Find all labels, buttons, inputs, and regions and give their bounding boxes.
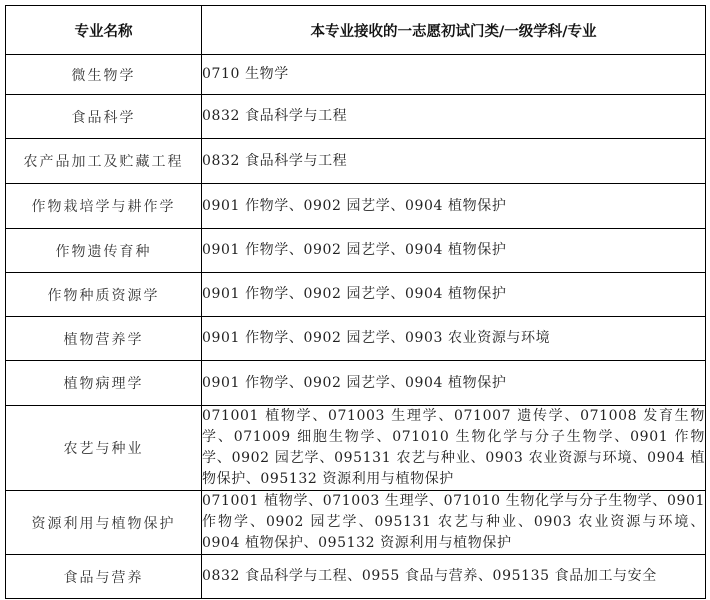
major-name-cell: 植物营养学 [6,317,202,361]
table-row: 作物种质资源学 0901 作物学、0902 园艺学、0904 植物保护 [6,273,706,317]
accepted-scope-cell: 0901 作物学、0902 园艺学、0903 农业资源与环境 [202,317,706,361]
header-accepted-first-choice: 本专业接收的一志愿初试门类/一级学科/专业 [202,6,706,55]
accepted-scope-cell: 0901 作物学、0902 园艺学、0904 植物保护 [202,361,706,406]
accepted-scope-cell: 0901 作物学、0902 园艺学、0904 植物保护 [202,229,706,273]
table-row: 植物病理学 0901 作物学、0902 园艺学、0904 植物保护 [6,361,706,406]
major-name-cell: 食品科学 [6,95,202,139]
major-name-cell: 植物病理学 [6,361,202,406]
table-row: 作物遗传育种 0901 作物学、0902 园艺学、0904 植物保护 [6,229,706,273]
accepted-scope-cell: 0710 生物学 [202,55,706,95]
table-row: 农产品加工及贮藏工程 0832 食品科学与工程 [6,139,706,184]
header-major-name: 专业名称 [6,6,202,55]
table-row: 微生物学 0710 生物学 [6,55,706,95]
majors-table: 专业名称 本专业接收的一志愿初试门类/一级学科/专业 微生物学 0710 生物学… [5,5,706,599]
accepted-scope-cell: 0901 作物学、0902 园艺学、0904 植物保护 [202,273,706,317]
table-row: 食品科学 0832 食品科学与工程 [6,95,706,139]
table-row: 资源利用与植物保护 071001 植物学、071003 生理学、071010 生… [6,491,706,555]
accepted-scope-cell: 0901 作物学、0902 园艺学、0904 植物保护 [202,184,706,229]
major-name-cell: 作物栽培学与耕作学 [6,184,202,229]
accepted-scope-cell: 071001 植物学、071003 生理学、071007 遗传学、071008 … [202,406,706,491]
table-row: 作物栽培学与耕作学 0901 作物学、0902 园艺学、0904 植物保护 [6,184,706,229]
accepted-scope-cell: 0832 食品科学与工程、0955 食品与营养、095135 食品加工与安全 [202,555,706,599]
major-name-cell: 资源利用与植物保护 [6,491,202,555]
major-name-cell: 作物遗传育种 [6,229,202,273]
major-name-cell: 农艺与种业 [6,406,202,491]
major-name-cell: 作物种质资源学 [6,273,202,317]
accepted-scope-cell: 0832 食品科学与工程 [202,139,706,184]
table-row: 农艺与种业 071001 植物学、071003 生理学、071007 遗传学、0… [6,406,706,491]
accepted-scope-cell: 071001 植物学、071003 生理学、071010 生物化学与分子生物学、… [202,491,706,555]
table-row: 植物营养学 0901 作物学、0902 园艺学、0903 农业资源与环境 [6,317,706,361]
major-name-cell: 食品与营养 [6,555,202,599]
major-name-cell: 农产品加工及贮藏工程 [6,139,202,184]
accepted-scope-cell: 0832 食品科学与工程 [202,95,706,139]
table-row: 食品与营养 0832 食品科学与工程、0955 食品与营养、095135 食品加… [6,555,706,599]
table-header-row: 专业名称 本专业接收的一志愿初试门类/一级学科/专业 [6,6,706,55]
major-name-cell: 微生物学 [6,55,202,95]
